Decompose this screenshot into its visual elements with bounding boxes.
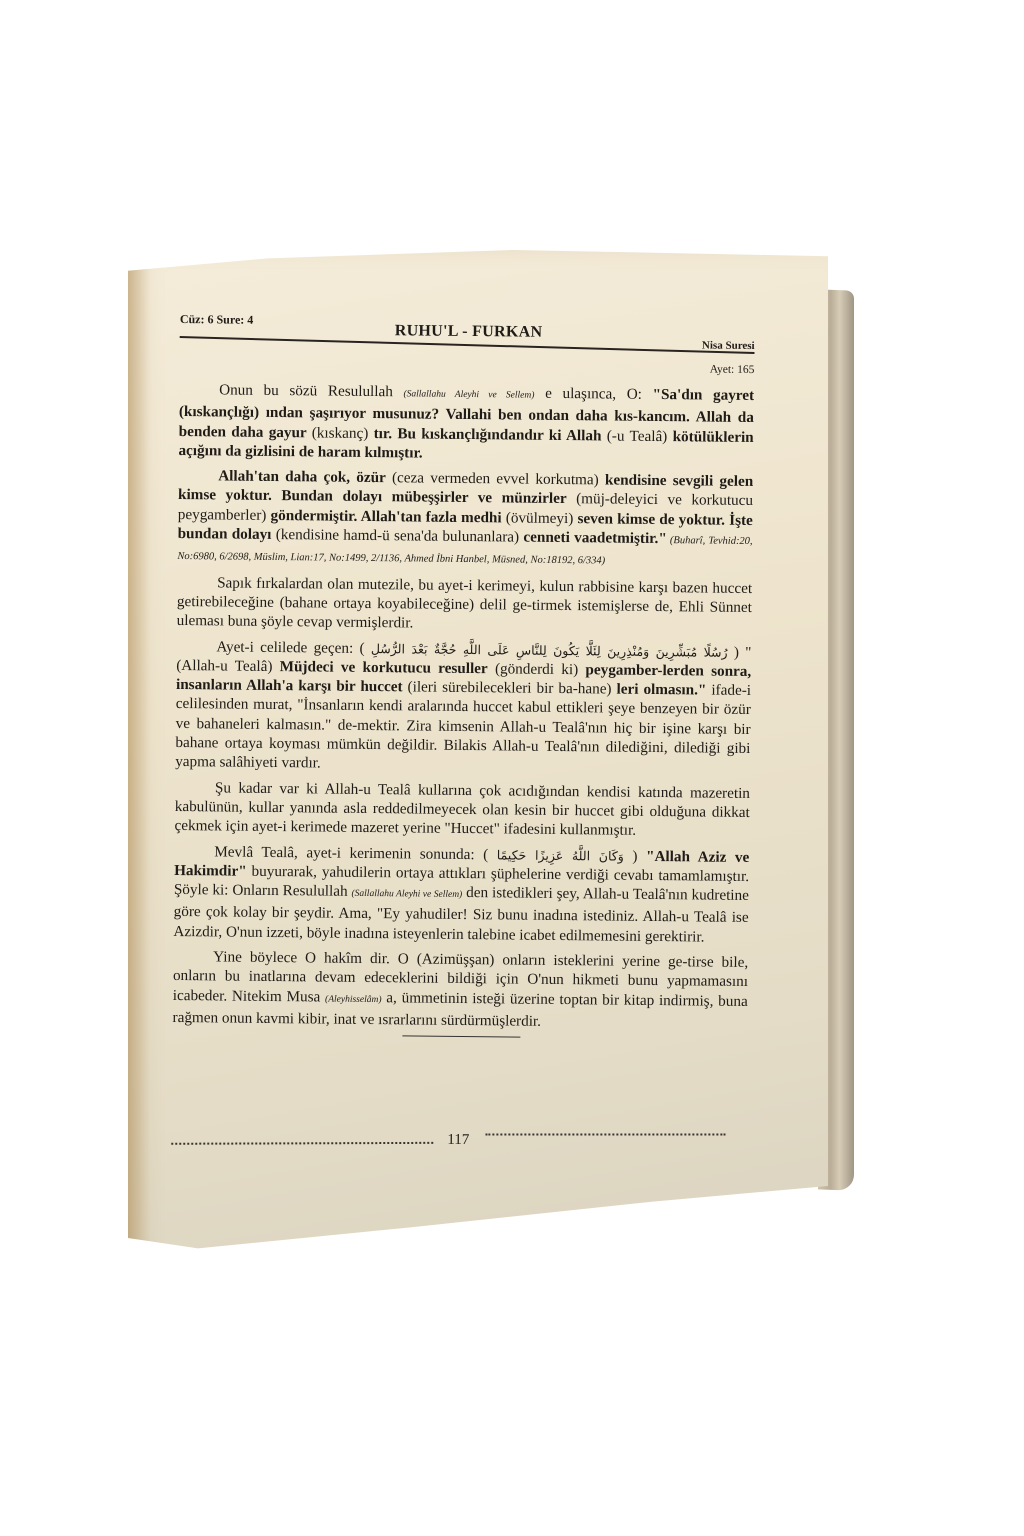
paragraph-2: Allah'tan daha çok, özür (ceza vermeden … xyxy=(177,466,753,573)
arabic-verse: وَكَانَ اللَّهُ عَزِيزًا حَكِيمًا xyxy=(497,847,624,863)
page-footer: 117 xyxy=(171,1127,746,1163)
text: (kıskanç) xyxy=(312,424,369,442)
bold-text: göndermiştir. Allah'tan fazla medhi xyxy=(271,507,502,526)
text: (gönderdi ki) xyxy=(488,660,586,678)
honorific: (Aleyhisselâm) xyxy=(325,994,382,1005)
bold-text: Allah'tan daha çok, özür xyxy=(218,468,386,487)
spine-shadow xyxy=(128,250,150,1250)
honorific: (Sallallahu Aleyhi ve Sellem) xyxy=(403,389,534,400)
paragraph-7: Yine böylece O hakîm dir. O (Azimüşşan) … xyxy=(172,947,748,1033)
text: (kendisine hamd-ü sena'da bulunanlara) xyxy=(271,526,523,546)
book-title: RUHU'L - FURKAN xyxy=(395,322,543,342)
book-page: Cüz: 6 Sure: 4 RUHU'L - FURKAN Nisa Sure… xyxy=(128,250,828,1290)
text: (ceza vermeden evvel korkutma) xyxy=(386,469,605,488)
paragraph-1: Onun bu sözü Resulullah (Sallallahu Aley… xyxy=(178,380,754,466)
dotted-leader-right xyxy=(485,1134,725,1136)
book: Cüz: 6 Sure: 4 RUHU'L - FURKAN Nisa Sure… xyxy=(128,250,828,1300)
running-header: Cüz: 6 Sure: 4 RUHU'L - FURKAN Nisa Sure… xyxy=(179,308,754,362)
text: Ayet-i celilede geçen: ( xyxy=(216,638,371,657)
text: Onun bu sözü Resulullah xyxy=(219,381,404,400)
paragraph-5: Şu kadar var ki Allah-u Tealâ kullarına … xyxy=(174,778,750,842)
paragraph-4: Ayet-i celilede geçen: ( رُسُلًا مُبَشِّ… xyxy=(175,637,751,778)
text: e ulaşınca, O: xyxy=(534,385,652,403)
page-content: Cüz: 6 Sure: 4 RUHU'L - FURKAN Nisa Sure… xyxy=(171,308,755,1163)
bold-text: tır. Bu kıskançlığındandır ki Allah xyxy=(368,425,607,444)
bold-text: leri olmasın." xyxy=(616,681,706,699)
juz-sura-label: Cüz: 6 Sure: 4 xyxy=(180,312,254,328)
text: (-u Tealâ) xyxy=(607,427,668,445)
section-end-rule xyxy=(402,1036,520,1039)
arabic-verse: رُسُلًا مُبَشِّرِينَ وَمُنْذِرِينَ لِئَل… xyxy=(371,641,728,660)
dotted-leader-left xyxy=(171,1142,433,1145)
bold-text: cenneti vaadetmiştir." xyxy=(523,529,667,548)
text: Mevlâ Tealâ, ayet-i kerimenin sonunda: ( xyxy=(214,843,497,863)
page-number: 117 xyxy=(447,1132,469,1149)
honorific: (Sallallahu Aleyhi ve Sellem) xyxy=(351,889,462,900)
text: ) xyxy=(728,643,746,660)
text: ) xyxy=(624,847,646,864)
paragraph-3: Sapık fırkalardan olan mutezile, bu ayet… xyxy=(177,573,753,637)
text: (ileri sürebilecekleri bir ba-hane) xyxy=(403,679,617,698)
bold-text: Müjdeci ve korkutucu resuller xyxy=(280,658,488,677)
paragraph-6: Mevlâ Tealâ, ayet-i kerimenin sonunda: (… xyxy=(173,842,749,948)
text: (övülmeyi) xyxy=(502,509,578,527)
